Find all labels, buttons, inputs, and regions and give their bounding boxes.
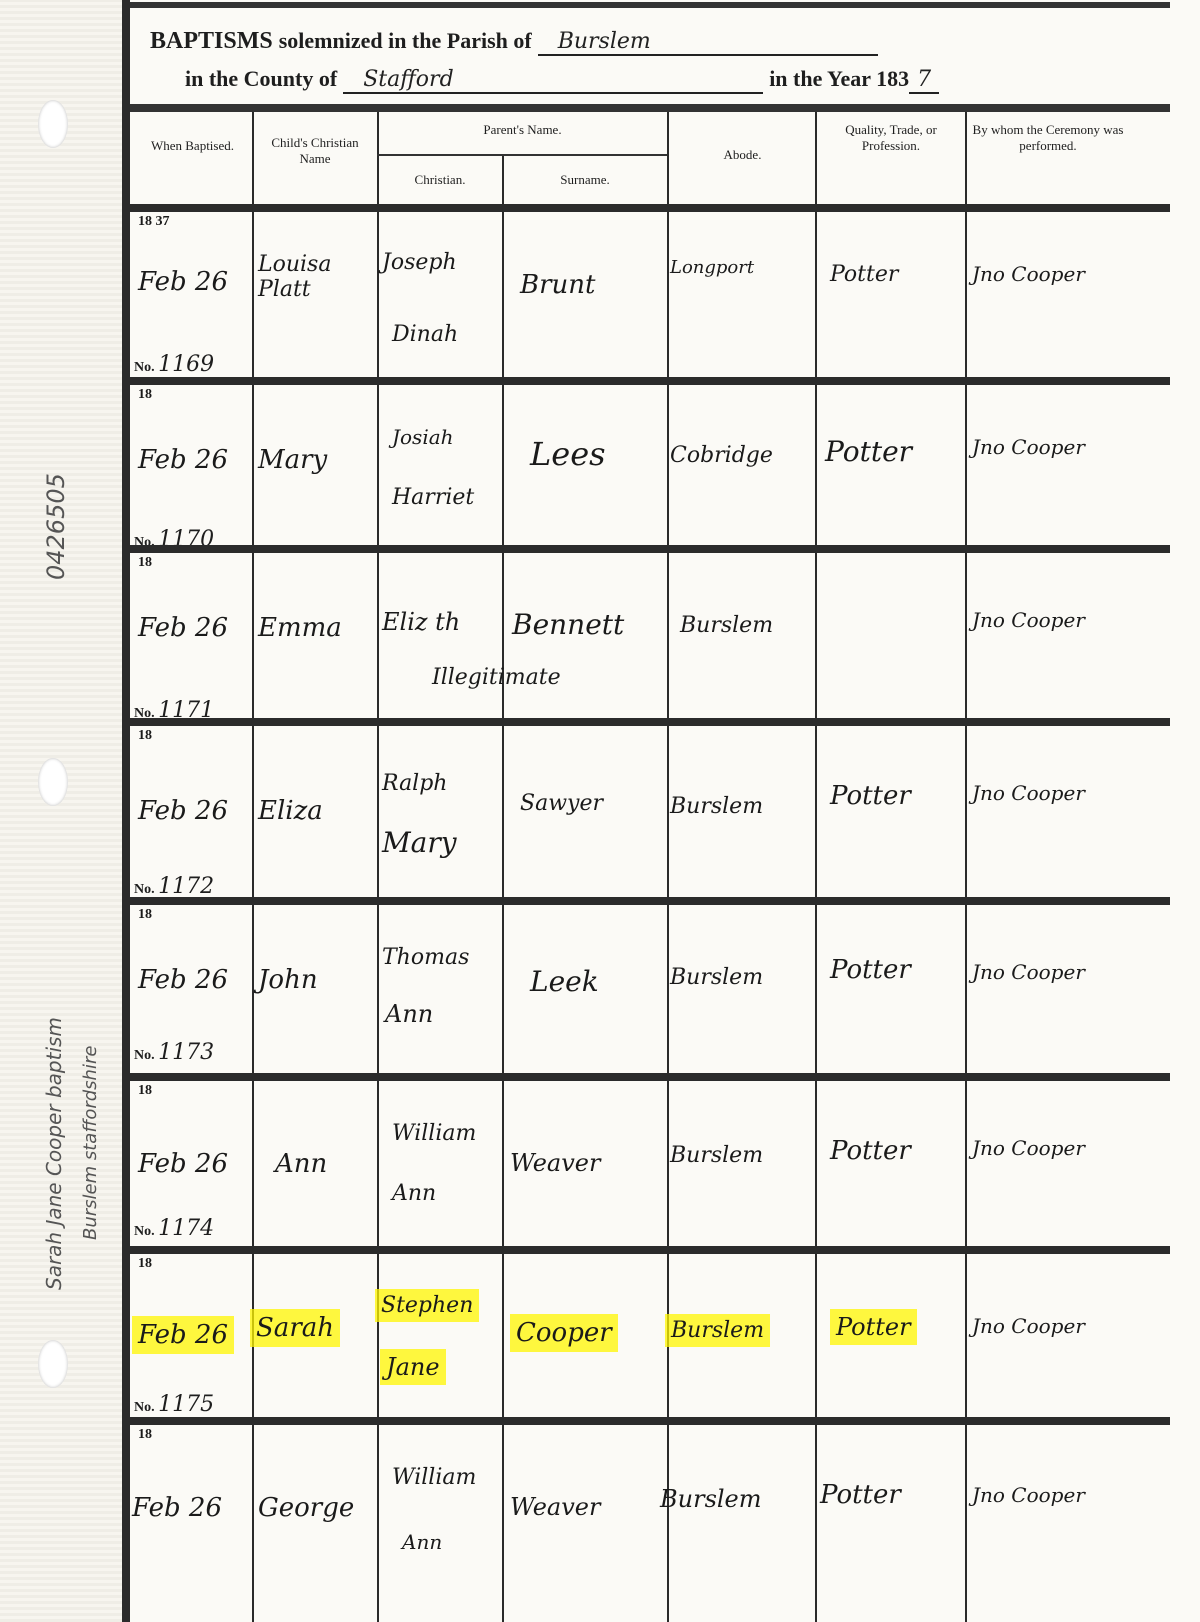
entry-quality: Potter bbox=[825, 435, 912, 468]
parents-divider bbox=[377, 154, 667, 156]
header-parents: Parent's Name. bbox=[380, 122, 665, 138]
entry-child: Sarah bbox=[250, 1309, 340, 1347]
entry-parent1: Joseph bbox=[382, 250, 457, 275]
year-label: in the Year 183 bbox=[769, 66, 909, 91]
entry-abode: Burslem bbox=[670, 1143, 763, 1168]
row-divider bbox=[130, 1073, 1170, 1081]
entry-number: No. 1173 bbox=[134, 1040, 214, 1065]
row-divider bbox=[130, 718, 1170, 726]
margin-note-line1: Sarah Jane Cooper baptism bbox=[42, 1017, 66, 1290]
header-surname: Surname. bbox=[505, 172, 665, 188]
entry-parent1: Thomas bbox=[382, 945, 469, 970]
entry-year: 18 bbox=[138, 555, 152, 571]
punch-hole bbox=[38, 1340, 68, 1388]
header-quality: Quality, Trade, or Profession. bbox=[818, 122, 964, 154]
column-divider bbox=[252, 112, 254, 1622]
entry-child: Louisa Platt bbox=[258, 252, 368, 302]
entry-minister: Jno Cooper bbox=[972, 1136, 1085, 1160]
entry-quality: Potter bbox=[830, 1309, 917, 1345]
entry-year: 18 bbox=[138, 728, 152, 744]
entry-parent2: Ann bbox=[392, 1181, 436, 1206]
entry-minister: Jno Cooper bbox=[972, 781, 1085, 805]
top-rule bbox=[130, 2, 1170, 8]
entry-abode: Burslem bbox=[670, 965, 763, 990]
entry-child: Emma bbox=[258, 613, 342, 643]
margin-note-line2: Burslem staffordshire bbox=[80, 1046, 101, 1240]
entry-parent1: Stephen bbox=[375, 1289, 479, 1322]
entry-quality: Potter bbox=[830, 262, 898, 287]
reference-number: 0426505 bbox=[42, 473, 70, 580]
county-label: in the County of bbox=[185, 66, 337, 91]
entry-surname: Brunt bbox=[520, 270, 595, 300]
entry-quality: Potter bbox=[830, 781, 911, 811]
entry-date: Feb 26 bbox=[138, 445, 228, 475]
row-divider bbox=[130, 377, 1170, 385]
entry-quality: Potter bbox=[820, 1480, 901, 1510]
entry-parent1: William bbox=[392, 1465, 476, 1490]
entry-surname: Leek bbox=[530, 965, 599, 998]
entry-year: 18 37 bbox=[138, 214, 170, 230]
entry-surname: Sawyer bbox=[520, 791, 603, 816]
entry-parent1: Josiah bbox=[392, 425, 454, 449]
header-by-whom: By whom the Ceremony was performed. bbox=[968, 122, 1128, 154]
entry-child: John bbox=[258, 965, 318, 995]
year-digit: 7 bbox=[909, 67, 939, 94]
entry-year: 18 bbox=[138, 907, 152, 923]
entry-date: Feb 26 bbox=[132, 1316, 234, 1354]
entry-parent1: William bbox=[392, 1121, 476, 1146]
header-rule bbox=[130, 104, 1170, 112]
entry-parent2: Illegitimate bbox=[432, 665, 561, 690]
entry-number: No. 1172 bbox=[134, 874, 214, 899]
entry-minister: Jno Cooper bbox=[972, 1314, 1085, 1338]
entry-year: 18 bbox=[138, 387, 152, 403]
entry-date: Feb 26 bbox=[138, 1149, 228, 1179]
entry-surname: Bennett bbox=[512, 608, 624, 641]
column-divider bbox=[965, 112, 967, 1622]
entry-child: Eliza bbox=[258, 796, 323, 826]
header-abode: Abode. bbox=[670, 147, 815, 163]
entry-year: 18 bbox=[138, 1256, 152, 1272]
entry-parent2: Harriet bbox=[392, 485, 474, 510]
entry-date: Feb 26 bbox=[138, 965, 228, 995]
county-field: Stafford bbox=[343, 67, 763, 94]
entry-parent2: Jane bbox=[380, 1349, 446, 1385]
column-divider bbox=[377, 112, 379, 1622]
entry-minister: Jno Cooper bbox=[972, 608, 1085, 632]
entry-minister: Jno Cooper bbox=[972, 1483, 1085, 1507]
entry-surname: Cooper bbox=[510, 1314, 618, 1352]
entry-parent2: Dinah bbox=[392, 322, 458, 347]
column-divider bbox=[502, 155, 504, 1622]
header-child: Child's Christian Name bbox=[255, 135, 375, 167]
entry-surname: Weaver bbox=[510, 1149, 600, 1177]
entry-abode: Burslem bbox=[670, 794, 763, 819]
register-subtitle: in the County of Stafford in the Year 18… bbox=[185, 66, 939, 94]
title-bold: BAPTISMS bbox=[150, 28, 273, 54]
entry-parent2: Mary bbox=[382, 826, 457, 859]
entry-surname: Weaver bbox=[510, 1493, 600, 1521]
entry-surname: Lees bbox=[530, 435, 606, 473]
entry-minister: Jno Cooper bbox=[972, 435, 1085, 459]
entry-child: Mary bbox=[258, 445, 327, 475]
entry-quality: Potter bbox=[830, 955, 911, 985]
entry-date: Feb 26 bbox=[138, 796, 228, 826]
entry-number: No. 1175 bbox=[134, 1392, 214, 1417]
entry-parent1: Ralph bbox=[382, 771, 447, 796]
column-divider bbox=[815, 112, 817, 1622]
entry-year: 18 bbox=[138, 1083, 152, 1099]
entry-number: No. 1174 bbox=[134, 1216, 214, 1241]
entry-quality: Potter bbox=[830, 1136, 911, 1166]
entry-abode: Burslem bbox=[660, 1485, 762, 1513]
entry-date: Feb 26 bbox=[138, 613, 228, 643]
entry-child: Ann bbox=[275, 1149, 327, 1179]
entry-abode: Cobridge bbox=[670, 443, 773, 468]
entry-parent1: Eliz th bbox=[382, 608, 460, 636]
entry-abode: Longport bbox=[670, 257, 754, 278]
header-when: When Baptised. bbox=[135, 138, 250, 154]
row-divider bbox=[130, 545, 1170, 553]
row-divider bbox=[130, 1246, 1170, 1254]
entry-abode: Burslem bbox=[680, 613, 773, 638]
title-rest: solemnized in the Parish of bbox=[279, 28, 532, 53]
entry-date: Feb 26 bbox=[132, 1493, 222, 1523]
entry-parent2: Ann bbox=[402, 1530, 442, 1554]
row-divider bbox=[130, 897, 1170, 905]
entry-abode: Burslem bbox=[665, 1314, 770, 1347]
entry-minister: Jno Cooper bbox=[972, 960, 1085, 984]
punch-hole bbox=[38, 100, 68, 148]
row-divider bbox=[130, 1417, 1170, 1425]
register-border bbox=[122, 0, 130, 1622]
column-divider bbox=[667, 112, 669, 1622]
parish-field: Burslem bbox=[538, 29, 878, 56]
header-christian: Christian. bbox=[380, 172, 500, 188]
entry-number: No. 1169 bbox=[134, 352, 214, 377]
entry-date: Feb 26 bbox=[138, 267, 228, 297]
entry-parent2: Ann bbox=[385, 1000, 433, 1028]
punch-hole bbox=[38, 758, 68, 806]
register-title: BAPTISMS solemnized in the Parish of Bur… bbox=[150, 28, 878, 56]
entry-year: 18 bbox=[138, 1427, 152, 1443]
entry-child: George bbox=[258, 1493, 354, 1523]
row-divider bbox=[130, 204, 1170, 212]
entry-minister: Jno Cooper bbox=[972, 262, 1085, 286]
